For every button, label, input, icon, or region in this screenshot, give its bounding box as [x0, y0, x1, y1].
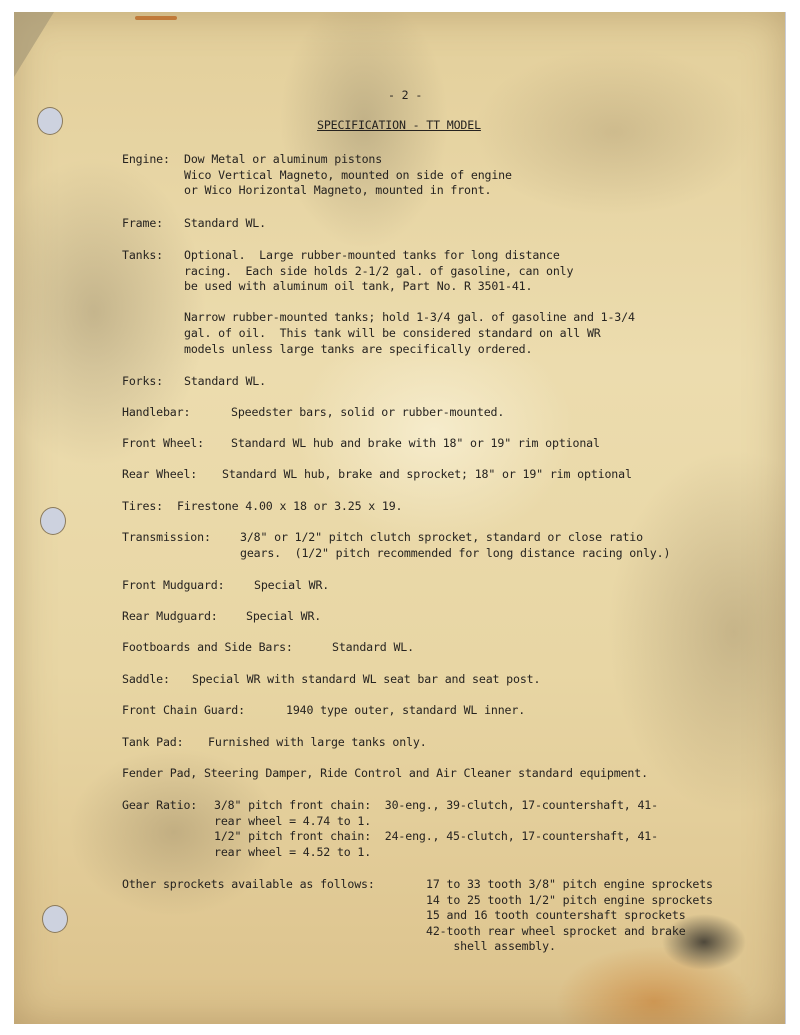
spec-label: Engine:: [122, 152, 170, 168]
spec-value: Fender Pad, Steering Damper, Ride Contro…: [122, 766, 648, 782]
spec-value: Dow Metal or aluminum pistons Wico Verti…: [184, 152, 512, 199]
document-title: SPECIFICATION - TT MODEL: [317, 118, 481, 134]
spec-label: Footboards and Side Bars:: [122, 640, 293, 656]
spec-label: Rear Mudguard:: [122, 609, 218, 625]
spec-label: Front Chain Guard:: [122, 703, 245, 719]
spec-label: Forks:: [122, 374, 163, 390]
spec-value: Standard WL.: [184, 374, 266, 390]
punch-hole-top: [37, 107, 63, 135]
page-number: - 2 -: [388, 88, 422, 104]
staple-mark: [135, 16, 177, 20]
punch-hole-middle: [40, 507, 66, 535]
spec-value: 1940 type outer, standard WL inner.: [286, 703, 525, 719]
spec-value: Firestone 4.00 x 18 or 3.25 x 19.: [177, 499, 402, 515]
spec-label: Transmission:: [122, 530, 211, 546]
spec-label: Front Mudguard:: [122, 578, 224, 594]
spec-value: Special WR with standard WL seat bar and…: [192, 672, 540, 688]
spec-value: 17 to 33 tooth 3/8" pitch engine sprocke…: [426, 877, 713, 955]
folded-corner: [14, 12, 54, 77]
spec-value: Speedster bars, solid or rubber-mounted.: [231, 405, 504, 421]
spec-label: Rear Wheel:: [122, 467, 197, 483]
spec-label: Other sprockets available as follows:: [122, 877, 375, 893]
spec-label: Handlebar:: [122, 405, 190, 421]
punch-hole-bottom: [42, 905, 68, 933]
spec-value: Furnished with large tanks only.: [208, 735, 427, 751]
spec-value: Special WR.: [254, 578, 329, 594]
spec-value: 3/8" or 1/2" pitch clutch sprocket, stan…: [240, 530, 670, 561]
spec-label: Frame:: [122, 216, 163, 232]
spec-label: Tanks:: [122, 248, 163, 264]
spec-label: Tires:: [122, 499, 163, 515]
spec-value: Standard WL.: [332, 640, 414, 656]
spec-label: Gear Ratio:: [122, 798, 197, 814]
spec-value: Standard WL hub and brake with 18" or 19…: [231, 436, 600, 452]
spec-label: Front Wheel:: [122, 436, 204, 452]
spec-label: Tank Pad:: [122, 735, 183, 751]
spec-value: Standard WL.: [184, 216, 266, 232]
spec-value: 3/8" pitch front chain: 30-eng., 39-clut…: [214, 798, 658, 860]
spec-value: Optional. Large rubber-mounted tanks for…: [184, 248, 635, 357]
spec-value: Standard WL hub, brake and sprocket; 18"…: [222, 467, 632, 483]
spec-value: Special WR.: [246, 609, 321, 625]
spec-label: Saddle:: [122, 672, 170, 688]
